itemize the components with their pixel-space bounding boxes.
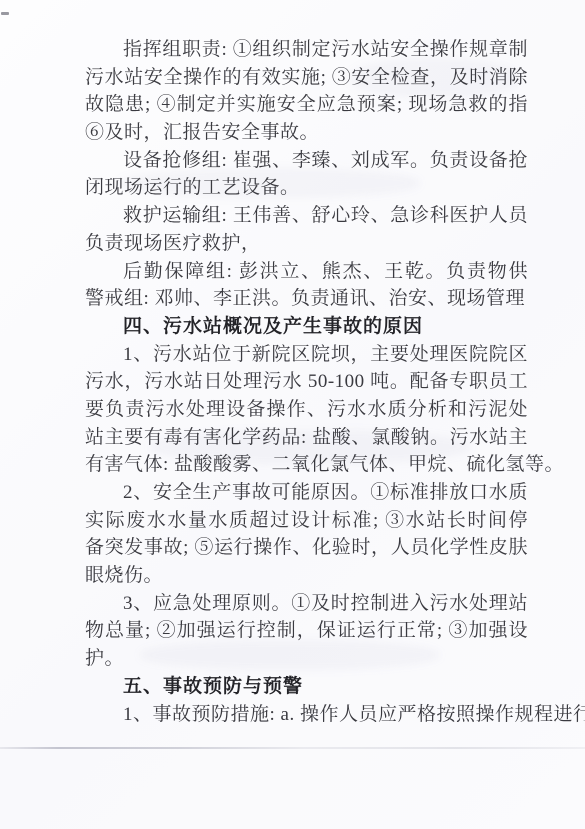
text-line: 设备抢修组: 崔强、李臻、刘成军。负责设备抢修，关: [85, 147, 528, 175]
scan-fold-line: [0, 747, 585, 749]
text-line: 备突发事故; ⑤运行操作、化验时，人员化学性皮肤烧伤和: [85, 534, 528, 562]
section-heading: 五、事故预防与预警: [85, 673, 528, 701]
text-line: 污水站安全操作的有效实施; ③安全检查，及时消除安全事: [85, 64, 528, 92]
text-line: 后勤保障组: 彭洪立、熊杰、王乾。负责物供给。通讯: [85, 258, 528, 286]
text-line: 2、安全生产事故可能原因。①标准排放口水质超标; ②: [85, 479, 528, 507]
scan-speck: [1, 12, 9, 15]
text-line: 指挥组职责: ①组织制定污水站安全操作规章制度; ②: [85, 36, 528, 64]
section-heading: 四、污水站概况及产生事故的原因: [85, 313, 528, 341]
text-line: 实际废水水量水质超过设计标准; ③水站长时间停电; ④设: [85, 507, 528, 535]
text-line: 警戒组: 邓帅、李正洪。负责通讯、治安、现场管理: [85, 285, 528, 313]
text-line: 1、污水站位于新院区院坝，主要处理医院院区的医疗: [85, 341, 528, 369]
text-line: 眼烧伤。: [85, 562, 528, 590]
text-line: 救护运输组: 王伟善、舒心玲、急诊科医护人员及司机。: [85, 202, 528, 230]
text-line: 有害气体: 盐酸酸雾、二氧化氯气体、甲烷、硫化氢等。: [85, 451, 528, 479]
text-line: 护。: [85, 645, 528, 673]
text-line: 物总量; ②加强运行控制，保证运行正常; ③加强设备运行维: [85, 617, 528, 645]
document-page: 指挥组职责: ①组织制定污水站安全操作规章制度; ②污水站安全操作的有效实施; …: [0, 0, 585, 829]
text-line: 要负责污水处理设备操作、污水水质分析和污泥处理。污水: [85, 396, 528, 424]
text-line: 负责现场医疗救护，: [85, 230, 528, 258]
text-line: ⑥及时，汇报告安全事故。: [85, 119, 528, 147]
document-text-block: 指挥组职责: ①组织制定污水站安全操作规章制度; ②污水站安全操作的有效实施; …: [85, 36, 528, 728]
text-line: 污水，污水站日处理污水 50-100 吨。配备专职员工 1 人: 主: [85, 368, 528, 396]
text-line: 3、应急处理原则。①及时控制进入污水处理站的污染: [85, 590, 528, 618]
text-line: 站主要有毒有害化学药品: 盐酸、氯酸钠。污水站主要有毒: [85, 424, 528, 452]
text-line: 闭现场运行的工艺设备。: [85, 174, 528, 202]
text-line: 1、事故预防措施: a. 操作人员应严格按照操作规程进行: [85, 701, 528, 729]
text-line: 故隐患; ④制定并实施安全应急预案; 现场急救的指挥工作;: [85, 91, 528, 119]
